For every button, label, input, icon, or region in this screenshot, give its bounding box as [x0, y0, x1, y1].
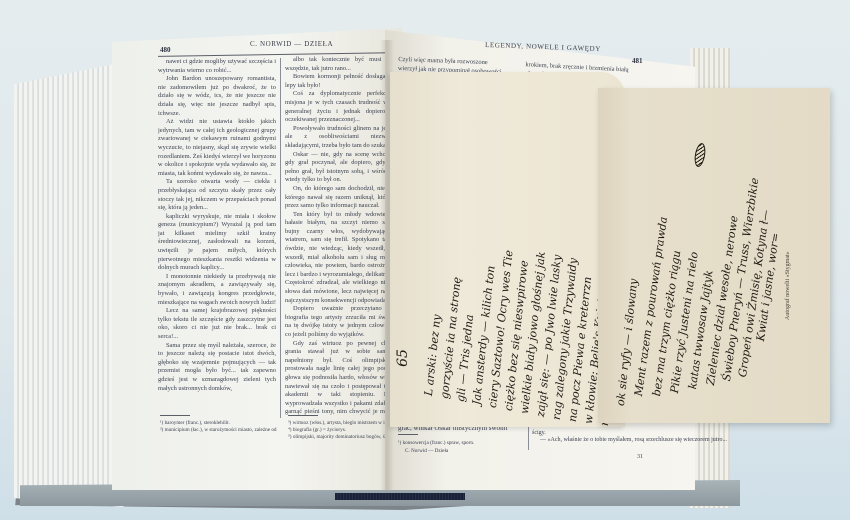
right-page-bottom-dialogue: — «Ach, właśnie że o tobie myślałem, ros… [540, 437, 727, 443]
left-page-block-edges [14, 62, 124, 507]
footnote: ²) municipium (łac.), w starożytności mi… [160, 427, 278, 434]
footer-author-title: C. Norwid — Dzieła [405, 448, 448, 454]
spine-cloth-binding [335, 493, 465, 500]
column-divider [280, 58, 281, 418]
right-footnote: ¹) konsowercja (franc.) spraw, sporn. [398, 440, 474, 446]
left-footnotes-col-1: ¹) baroymer (franc.), steroklebilit. ²) … [160, 420, 278, 434]
book-photo-scene: 480 C. NORWID — DZIEŁA nawet ci gdzie mo… [0, 0, 850, 520]
paragraph: kapliczki wyryskuje, nie miała i skołow … [158, 213, 276, 273]
signature-mark: 31 [637, 454, 643, 460]
paragraph: Lecz na samej krajobrazowej piękności ty… [158, 307, 276, 341]
manuscript-page-mark: 65 [395, 349, 411, 367]
left-page-column-1: nawet ci gdzie mogliby używać szczęścia … [158, 58, 276, 410]
right-page-number: 481 [632, 57, 643, 65]
paragraph: nawet ci gdzie mogliby używać szczęścia … [158, 58, 276, 75]
left-running-head: C. NORWID — DZIEŁA [250, 40, 333, 48]
left-page-number: 480 [160, 46, 171, 54]
footnote-rule [398, 434, 418, 435]
paragraph: John Bardon unoszepowany romantista, nie… [158, 75, 276, 118]
paragraph: Ta szeroko otwarta wody — ciekła i przeb… [158, 178, 276, 212]
paragraph: Aż widzi nie ustawia ktokło jakich jedyn… [158, 118, 276, 178]
manuscript-caption: Autograf nowelii «Stygmat» [785, 251, 791, 320]
footnote-rule [160, 415, 190, 416]
paragraph: Sama przez się myśl należała, szeroce, ż… [158, 342, 276, 394]
footnote-rule [288, 415, 318, 416]
paragraph: I monotonnie niekiedy ta przebywają nie … [158, 273, 276, 307]
right-page-bottom-line-col-2: ścigy. [532, 430, 546, 436]
footnote: ¹) baroymer (franc.), steroklebilit. [160, 420, 278, 427]
